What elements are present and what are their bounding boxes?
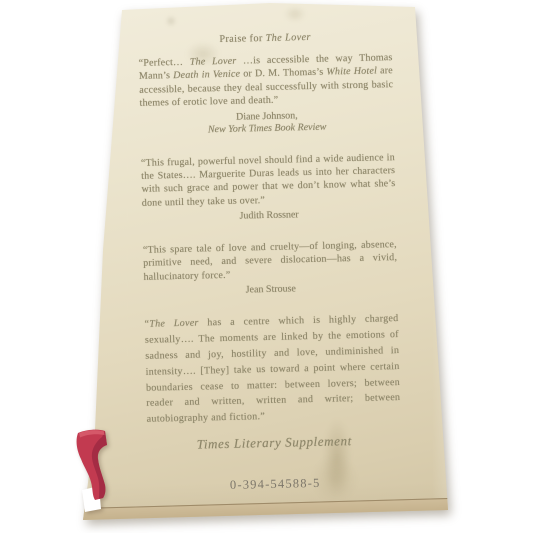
quote-text: “Perfect… The Lover …is accessible the w… [139, 51, 394, 110]
book-pages-edge [80, 498, 456, 533]
stain-mark [284, 6, 306, 22]
quotes-list: “Perfect… The Lover …is accessible the w… [139, 51, 401, 428]
isbn-number: 0-394-54588-5 [148, 474, 402, 495]
quote-block: “The Lover has a centre which is highly … [144, 312, 400, 428]
quote-block: “Perfect… The Lover …is accessible the w… [139, 51, 395, 138]
quote-attribution: Jean Strouse [144, 281, 398, 299]
quote-block: “This frugal, powerful novel should find… [141, 151, 397, 226]
quote-text: “The Lover has a centre which is highly … [144, 312, 400, 428]
final-attribution: Times Literary Supplement [147, 432, 401, 454]
cover-text-block: Praise for The Lover “Perfect… The Lover… [138, 30, 402, 495]
quote-text: “This spare tale of love and cruelty—of … [143, 238, 398, 284]
stain-mark [166, 16, 176, 26]
quote-block: “This spare tale of love and cruelty—of … [143, 238, 398, 299]
quote-attribution: Judith Rossner [142, 207, 396, 225]
praise-heading: Praise for The Lover [138, 30, 392, 48]
quote-attribution: Diane Johnson,New York Times Book Review [140, 108, 395, 139]
photo-background: Praise for The Lover “Perfect… The Lover… [0, 0, 533, 533]
bookmark-ribbon [70, 420, 115, 515]
book-cover-surface: Praise for The Lover “Perfect… The Lover… [60, 0, 460, 533]
quote-text: “This frugal, powerful novel should find… [141, 151, 396, 210]
